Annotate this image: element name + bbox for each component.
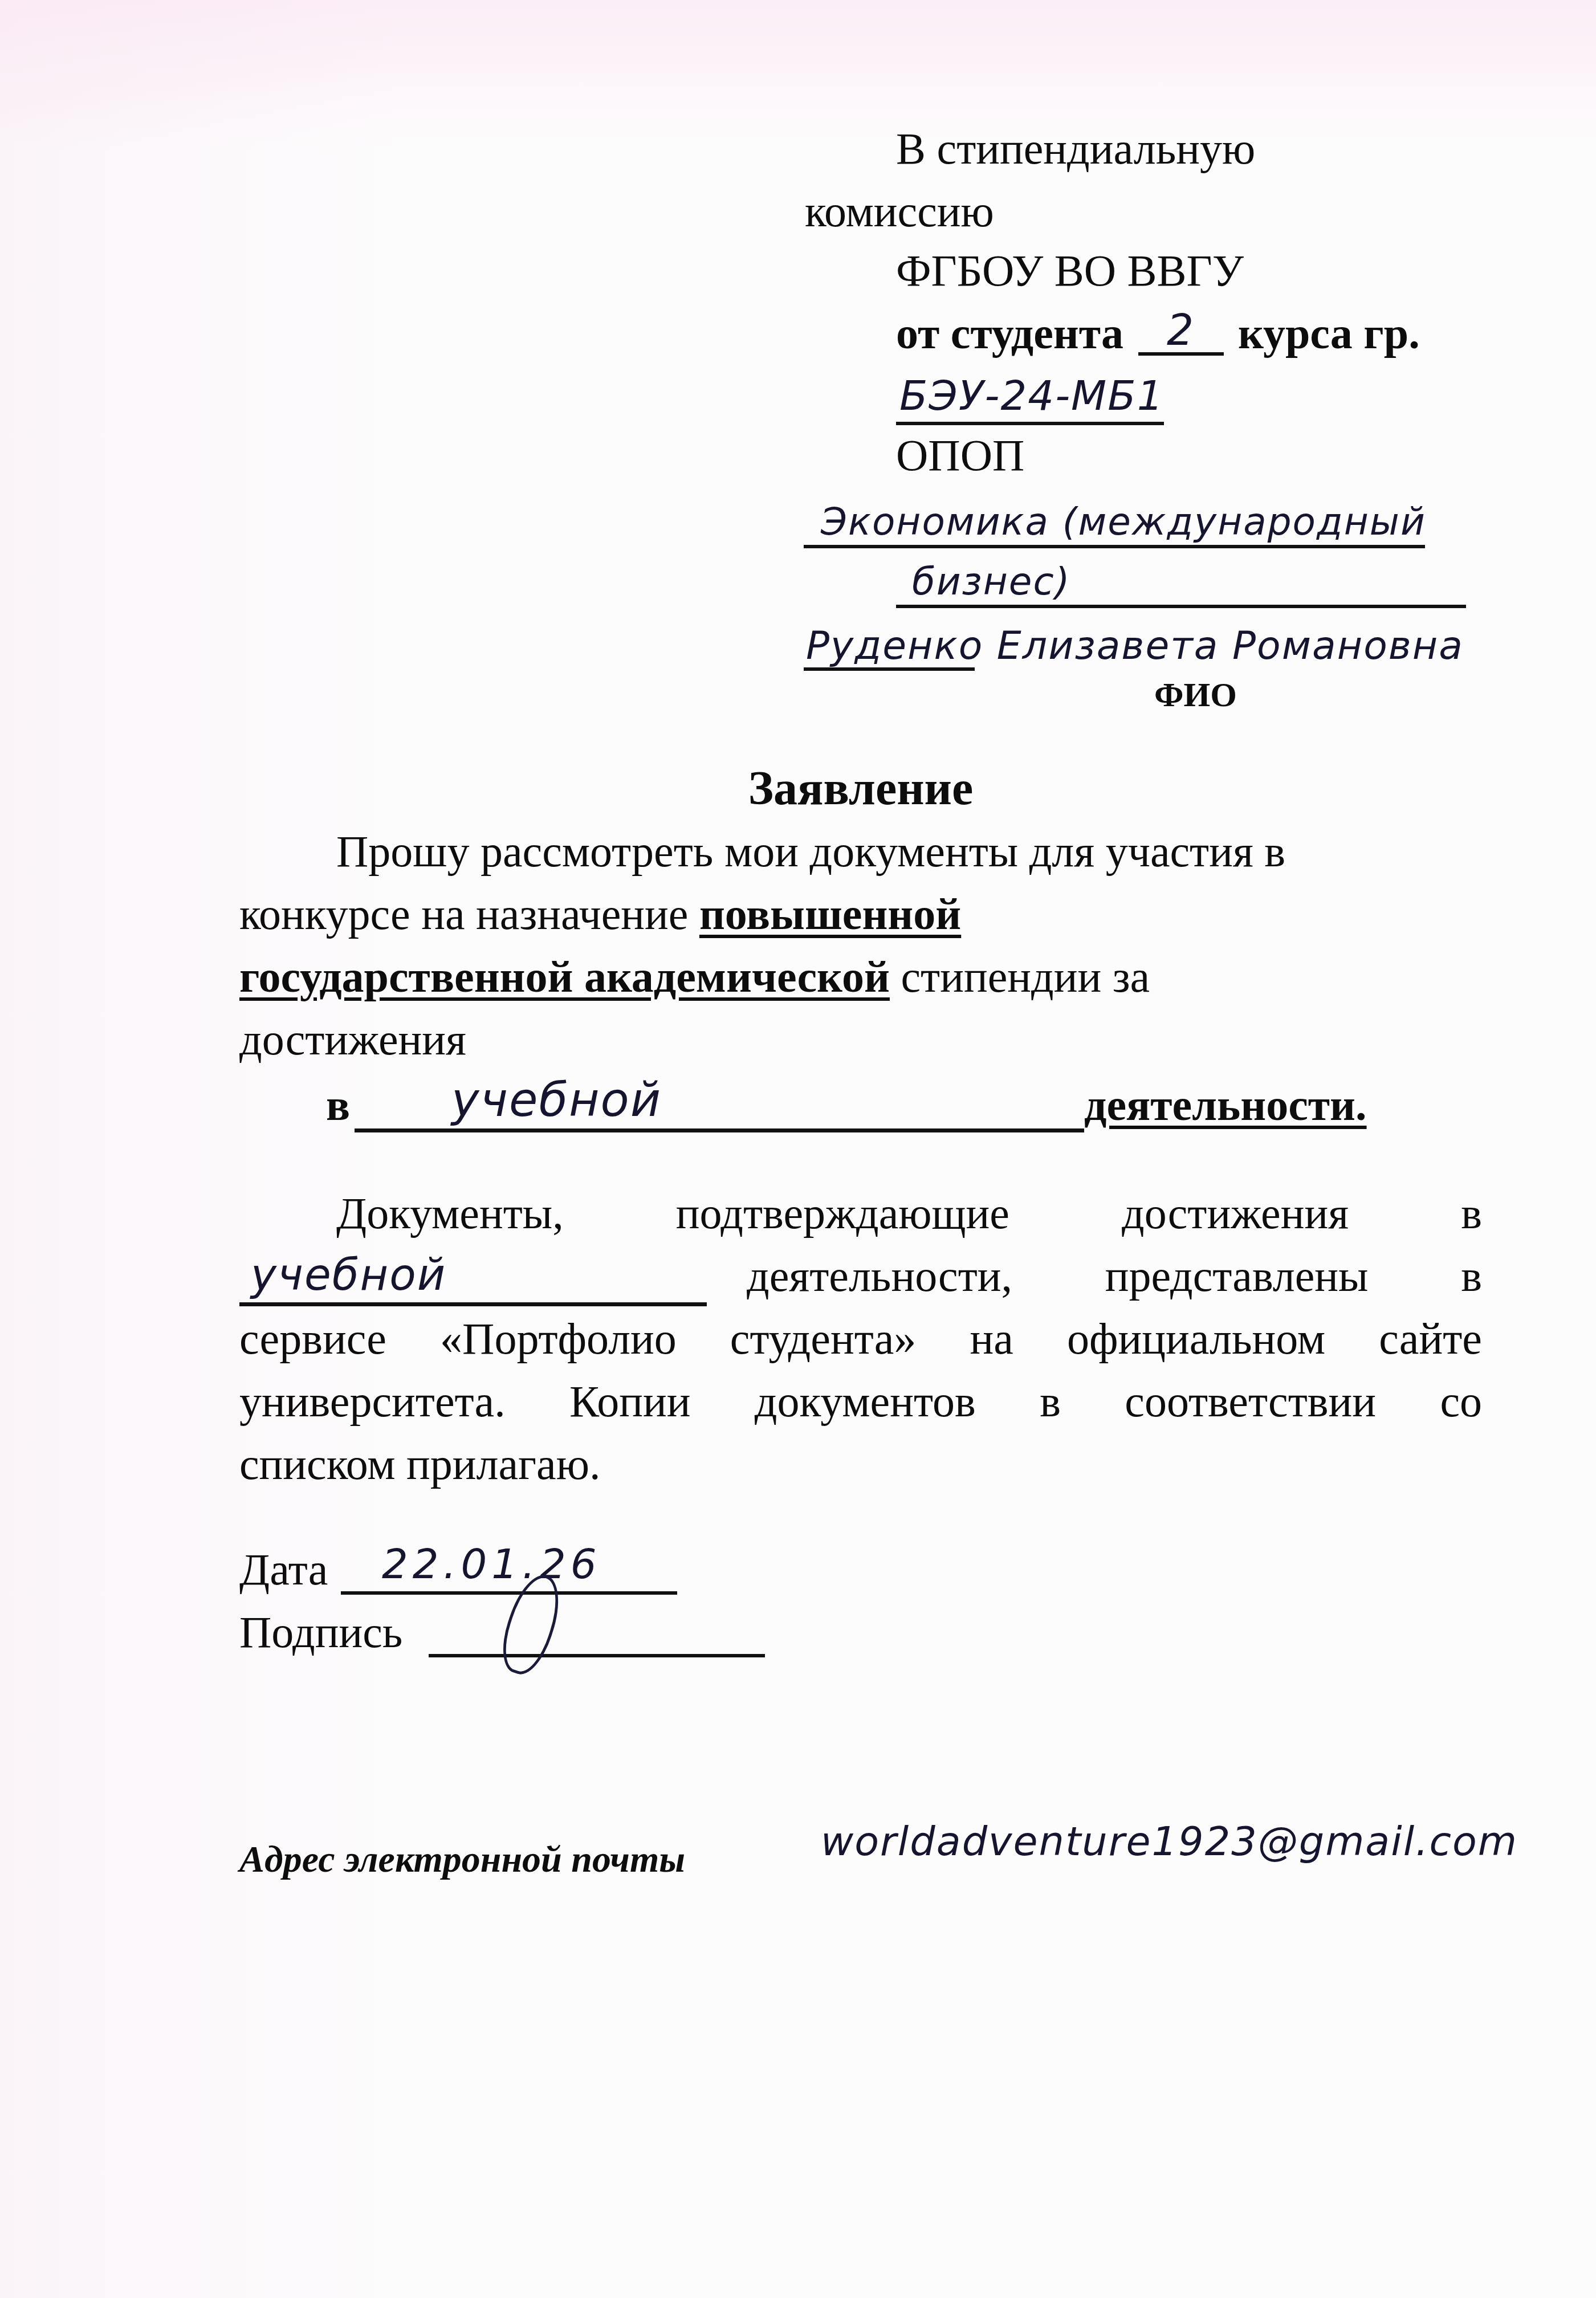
addressee-line-2: комиссию bbox=[805, 189, 994, 234]
activity-line: в bbox=[326, 1083, 350, 1127]
email-value[interactable]: worldadventure1923@gmail.com bbox=[821, 1818, 1518, 1865]
word: представлены bbox=[1105, 1254, 1369, 1298]
scholarship-type-state-academic: государственной академической bbox=[239, 952, 890, 1001]
word: соответствии bbox=[1125, 1379, 1376, 1424]
word: сервисе bbox=[239, 1317, 386, 1361]
word: студента» bbox=[730, 1317, 916, 1361]
word: Документы, bbox=[336, 1191, 564, 1236]
group-field[interactable]: БЭУ-24-МБ1 bbox=[896, 365, 1164, 425]
documents-activity-field[interactable]: учебной bbox=[239, 1245, 707, 1306]
program-field-line-2[interactable]: бизнес) bbox=[896, 561, 1466, 608]
word: достижения bbox=[1122, 1191, 1349, 1236]
signature-field[interactable] bbox=[429, 1596, 765, 1657]
word: деятельности, bbox=[747, 1254, 1012, 1298]
date-label: Дата bbox=[239, 1547, 328, 1592]
documents-line-1: Документы, подтверждающие достижения в bbox=[336, 1191, 1482, 1236]
full-name-label: ФИО bbox=[1154, 675, 1237, 715]
word: документов bbox=[755, 1379, 976, 1424]
course-field[interactable]: 2 bbox=[1138, 311, 1224, 356]
request-line-2-plain: конкурсе на назначение bbox=[239, 889, 688, 939]
from-student-label: от студента bbox=[896, 308, 1123, 358]
word: «Портфолио bbox=[440, 1317, 677, 1361]
course-value: 2 bbox=[1167, 306, 1195, 355]
activity-suffix: деятельности. bbox=[1084, 1083, 1367, 1127]
activity-prefix: в bbox=[326, 1080, 350, 1130]
request-line-1: Прошу рассмотреть мои документы для учас… bbox=[336, 829, 1285, 874]
program-field-line-1[interactable]: Экономика (международный bbox=[804, 502, 1425, 548]
activity-value: учебной bbox=[451, 1073, 662, 1127]
program-value-line-1: Экономика (международный bbox=[821, 500, 1426, 544]
institution-name: ФГБОУ ВО ВВГУ bbox=[896, 248, 1244, 293]
student-course-line: от студента 2 курса гр. bbox=[896, 311, 1420, 356]
word: в bbox=[1461, 1191, 1482, 1236]
request-line-3-plain: стипендии за bbox=[901, 952, 1150, 1001]
documents-line-3: сервисе «Портфолио студента» на официаль… bbox=[239, 1317, 1482, 1361]
date-value: 22.01.26 bbox=[382, 1540, 601, 1588]
full-name-value: Руденко Елизавета Романовна bbox=[806, 624, 1464, 669]
activity-field[interactable]: учебной bbox=[355, 1071, 1084, 1132]
full-name-field[interactable]: Руденко Елизавета Романовна bbox=[804, 618, 1488, 671]
word: официальном bbox=[1067, 1317, 1325, 1361]
course-group-label: курса гр. bbox=[1238, 308, 1420, 358]
documents-line-5: списком прилагаю. bbox=[239, 1442, 600, 1486]
addressee-line-1: В стипендиальную bbox=[896, 127, 1255, 171]
documents-line-2: деятельности, представлены в bbox=[747, 1254, 1482, 1298]
word: в bbox=[1040, 1379, 1061, 1424]
request-line-2: конкурсе на назначение повышенной bbox=[239, 892, 961, 936]
documents-line-4: университета. Копии документов в соответ… bbox=[239, 1379, 1482, 1424]
request-line-3: государственной академической стипендии … bbox=[239, 955, 1150, 999]
word: подтверждающие bbox=[676, 1191, 1009, 1236]
word: в bbox=[1461, 1254, 1482, 1298]
word: Копии bbox=[569, 1379, 690, 1424]
word: со bbox=[1440, 1379, 1482, 1424]
request-line-4: достижения bbox=[239, 1017, 466, 1062]
scholarship-type-increased: повышенной bbox=[699, 889, 961, 939]
documents-activity-value: учебной bbox=[251, 1249, 446, 1300]
email-label: Адрес электронной почты bbox=[239, 1838, 685, 1881]
word: на bbox=[970, 1317, 1013, 1361]
word: университета. bbox=[239, 1379, 506, 1424]
program-label: ОПОП bbox=[896, 433, 1024, 478]
document-title: Заявление bbox=[0, 761, 1596, 816]
date-field[interactable]: 22.01.26 bbox=[341, 1539, 677, 1595]
signature-label: Подпись bbox=[239, 1610, 402, 1655]
program-value-line-2: бизнес) bbox=[912, 560, 1070, 604]
group-value: БЭУ-24-МБ1 bbox=[899, 372, 1164, 419]
word: сайте bbox=[1379, 1317, 1482, 1361]
